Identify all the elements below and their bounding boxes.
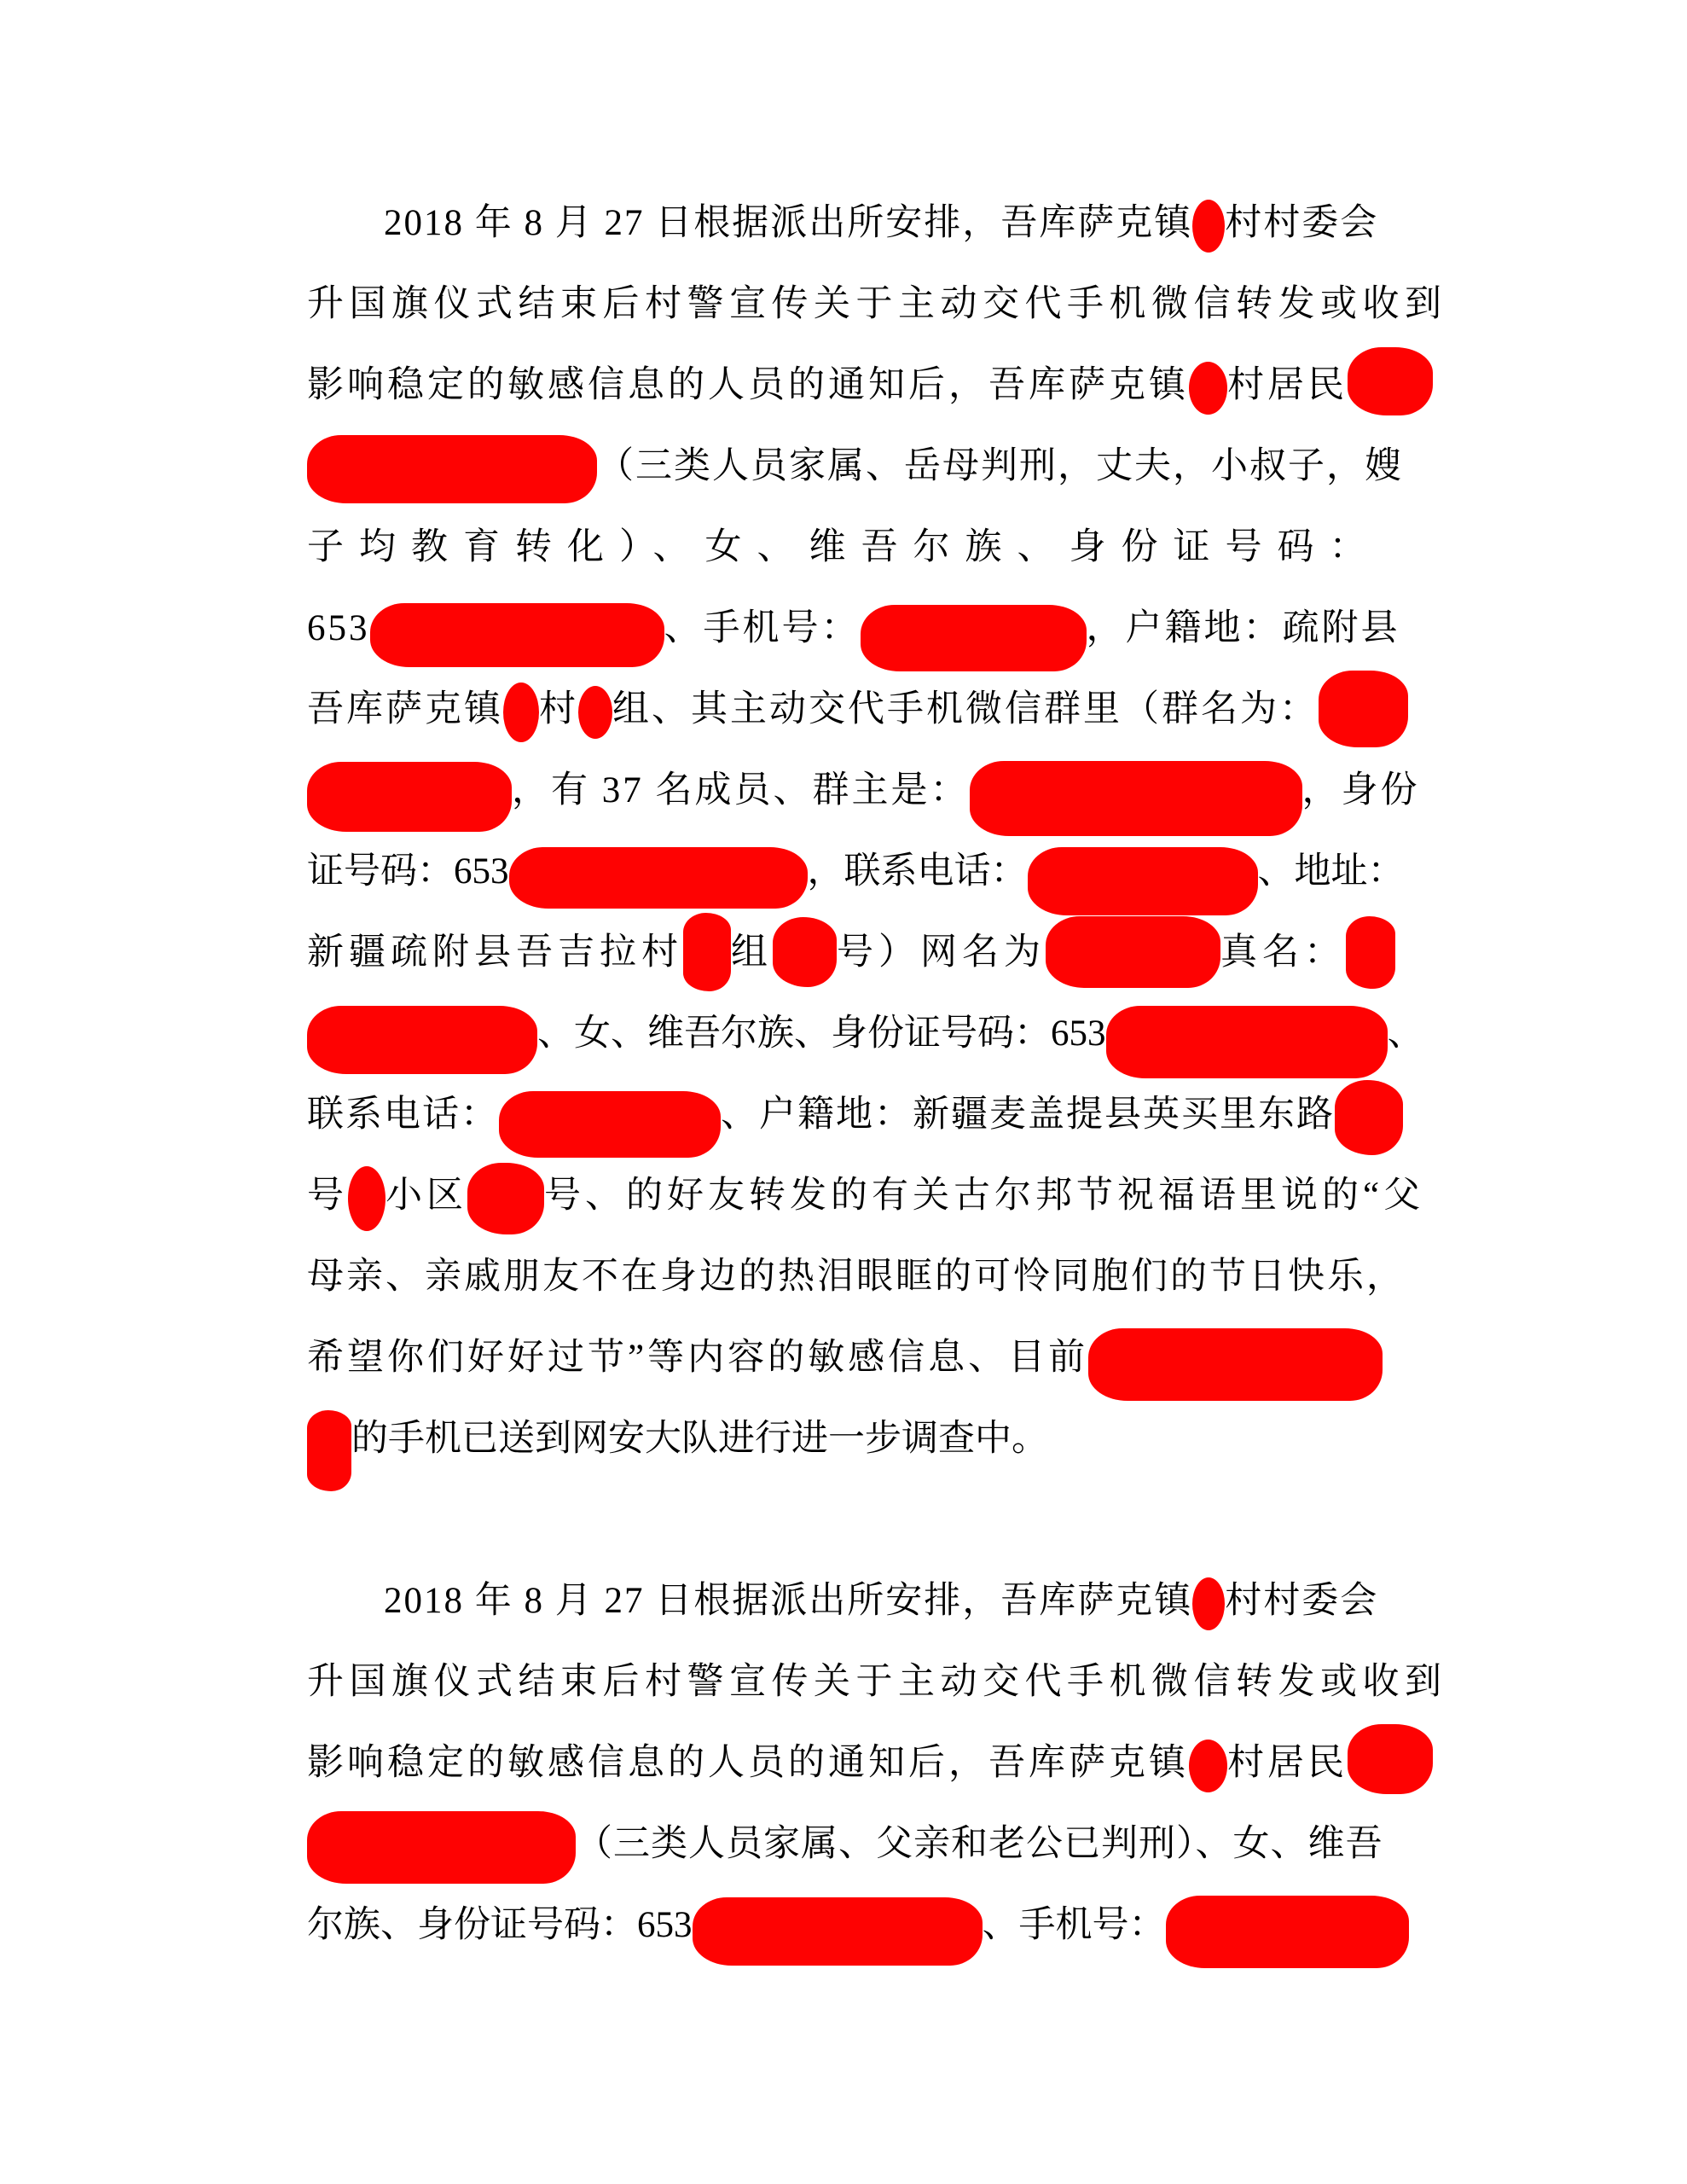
redaction-mark — [509, 847, 808, 909]
text-segment: 村居民 — [1227, 365, 1348, 405]
text-segment: 、地址： — [1258, 851, 1405, 892]
document-line: 尔族、身份证号码：653、手机号： — [307, 1885, 1412, 1966]
document-line: 吾库萨克镇村组、其主动交代手机微信群里（群名为： — [307, 669, 1412, 750]
redaction-mark — [1028, 847, 1258, 915]
redaction-mark — [348, 1166, 386, 1231]
redaction-mark — [693, 1897, 983, 1966]
redaction-mark — [1192, 1577, 1225, 1630]
redaction-mark — [1189, 1740, 1227, 1792]
text-segment: 吾库萨克镇 — [307, 689, 503, 729]
redaction-mark — [1348, 1724, 1433, 1794]
document-line: 母亲、亲戚朋友不在身边的热泪眼眶的可怜同胞们的节日快乐， — [307, 1236, 1412, 1317]
text-segment: 联系电话： — [307, 1095, 499, 1135]
text-segment: 组 — [731, 932, 773, 973]
text-segment: 真名： — [1220, 932, 1346, 973]
redaction-mark — [307, 435, 597, 503]
text-segment: 升国旗仪式结束后村警宣传关于主动交代手机微信转发或收到 — [307, 1662, 1447, 1702]
redaction-mark — [1346, 916, 1395, 989]
text-segment: ，户籍地：疏附县 — [1087, 608, 1400, 648]
document-line: 新疆疏附县吾吉拉村组号）网名为真名： — [307, 912, 1412, 993]
redaction-mark — [1189, 362, 1227, 415]
redaction-mark — [578, 686, 612, 739]
paragraph: 2018 年 8 月 27 日根据派出所安排，吾库萨克镇村村委会升国旗仪式结束后… — [307, 183, 1412, 1479]
redaction-mark — [773, 917, 837, 987]
document-line: 影响稳定的敏感信息的人员的通知后，吾库萨克镇村居民 — [307, 345, 1412, 426]
document-line: （三类人员家属、父亲和老公已判刑）、女、维吾 — [307, 1804, 1412, 1885]
text-segment: ，联系电话： — [808, 851, 1028, 892]
redaction-mark — [467, 1163, 544, 1234]
text-segment: 号）网名为 — [837, 932, 1046, 973]
document-line: 影响稳定的敏感信息的人员的通知后，吾库萨克镇村居民 — [307, 1722, 1412, 1804]
redaction-mark — [370, 603, 664, 667]
text-segment: ，有 37 名成员、群主是： — [512, 770, 970, 810]
document-line: （三类人员家属、岳母判刑，丈夫，小叔子，嫂 — [307, 426, 1412, 507]
text-segment: 2018 年 8 月 27 日根据派出所安排，吾库萨克镇 — [384, 203, 1192, 243]
text-segment: 村 — [539, 689, 578, 729]
document-page: 2018 年 8 月 27 日根据派出所安排，吾库萨克镇村村委会升国旗仪式结束后… — [0, 0, 1687, 2184]
text-segment: 升国旗仪式结束后村警宣传关于主动交代手机微信转发或收到 — [307, 284, 1447, 324]
text-segment: 希望你们好好过节”等内容的敏感信息、目前 — [307, 1338, 1088, 1378]
text-segment: 、 — [1388, 1014, 1424, 1054]
text-segment: 尔族、身份证号码：653 — [307, 1905, 693, 1945]
document-content: 2018 年 8 月 27 日根据派出所安排，吾库萨克镇村村委会升国旗仪式结束后… — [307, 183, 1412, 1966]
text-segment: （三类人员家属、岳母判刑，丈夫，小叔子，嫂 — [597, 446, 1403, 486]
document-line: ，有 37 名成员、群主是：，身份 — [307, 750, 1412, 831]
text-segment: 、户籍地：新疆麦盖提县英买里东路 — [721, 1095, 1335, 1135]
text-segment: 号 — [307, 1176, 348, 1216]
redaction-mark — [1348, 347, 1433, 415]
text-segment: 村村委会 — [1225, 203, 1378, 243]
document-line: 的手机已送到网安大队进行进一步调查中。 — [307, 1398, 1412, 1479]
redaction-mark — [499, 1091, 721, 1158]
text-segment: （三类人员家属、父亲和老公已判刑）、女、维吾 — [576, 1824, 1383, 1864]
text-segment: 子均教育转化）、女、维吾尔族、身份证号码： — [307, 527, 1382, 567]
text-segment: 村居民 — [1227, 1743, 1348, 1783]
redaction-mark — [1319, 671, 1408, 747]
document-line: 653、手机号：，户籍地：疏附县 — [307, 588, 1412, 669]
document-line: 证号码：653，联系电话：、地址： — [307, 831, 1412, 912]
paragraph: 2018 年 8 月 27 日根据派出所安排，吾库萨克镇村村委会升国旗仪式结束后… — [307, 1560, 1412, 1966]
text-segment: 影响稳定的敏感信息的人员的通知后，吾库萨克镇 — [307, 1743, 1189, 1783]
redaction-mark — [307, 1410, 351, 1491]
text-segment: 号、的好友转发的有关古尔邦节祝福语里说的“父 — [544, 1176, 1424, 1216]
text-segment: 小区 — [386, 1176, 467, 1216]
text-segment: 、手机号： — [983, 1905, 1166, 1945]
redaction-mark — [307, 1006, 537, 1074]
redaction-mark — [861, 605, 1087, 671]
document-line: 升国旗仪式结束后村警宣传关于主动交代手机微信转发或收到 — [307, 264, 1412, 345]
text-segment: 证号码：653 — [307, 851, 509, 892]
text-segment: 新疆疏附县吾吉拉村 — [307, 932, 683, 973]
text-segment: ，身份 — [1302, 770, 1420, 810]
text-segment: 组、其主动交代手机微信群里（群名为： — [612, 689, 1319, 729]
document-line: 号小区号、的好友转发的有关古尔邦节祝福语里说的“父 — [307, 1155, 1412, 1236]
document-line: 联系电话：、户籍地：新疆麦盖提县英买里东路 — [307, 1074, 1412, 1155]
redaction-mark — [1192, 200, 1225, 253]
redaction-mark — [503, 682, 539, 742]
text-segment: 母亲、亲戚朋友不在身边的热泪眼眶的可怜同胞们的节日快乐， — [307, 1257, 1406, 1297]
text-segment: 653 — [307, 608, 370, 648]
document-line: 希望你们好好过节”等内容的敏感信息、目前 — [307, 1317, 1412, 1398]
text-segment: 的手机已送到网安大队进行进一步调查中。 — [351, 1419, 1048, 1459]
document-line: 2018 年 8 月 27 日根据派出所安排，吾库萨克镇村村委会 — [307, 183, 1412, 264]
document-line: 子均教育转化）、女、维吾尔族、身份证号码： — [307, 507, 1412, 588]
text-segment: 2018 年 8 月 27 日根据派出所安排，吾库萨克镇 — [384, 1581, 1192, 1621]
redaction-mark — [307, 1811, 576, 1884]
redaction-mark — [1106, 1006, 1388, 1078]
redaction-mark — [1088, 1328, 1383, 1401]
text-segment: 、手机号： — [664, 608, 861, 648]
redaction-mark — [1046, 916, 1220, 988]
redaction-mark — [683, 913, 731, 991]
text-segment: 影响稳定的敏感信息的人员的通知后，吾库萨克镇 — [307, 365, 1189, 405]
text-segment: 、女、维吾尔族、身份证号码：653 — [537, 1014, 1106, 1054]
redaction-mark — [970, 761, 1302, 836]
redaction-mark — [1335, 1080, 1403, 1155]
redaction-mark — [307, 762, 512, 832]
document-line: 2018 年 8 月 27 日根据派出所安排，吾库萨克镇村村委会 — [307, 1560, 1412, 1641]
document-line: 、女、维吾尔族、身份证号码：653、 — [307, 993, 1412, 1074]
redaction-mark — [1166, 1896, 1409, 1968]
document-line: 升国旗仪式结束后村警宣传关于主动交代手机微信转发或收到 — [307, 1641, 1412, 1722]
text-segment: 村村委会 — [1225, 1581, 1378, 1621]
